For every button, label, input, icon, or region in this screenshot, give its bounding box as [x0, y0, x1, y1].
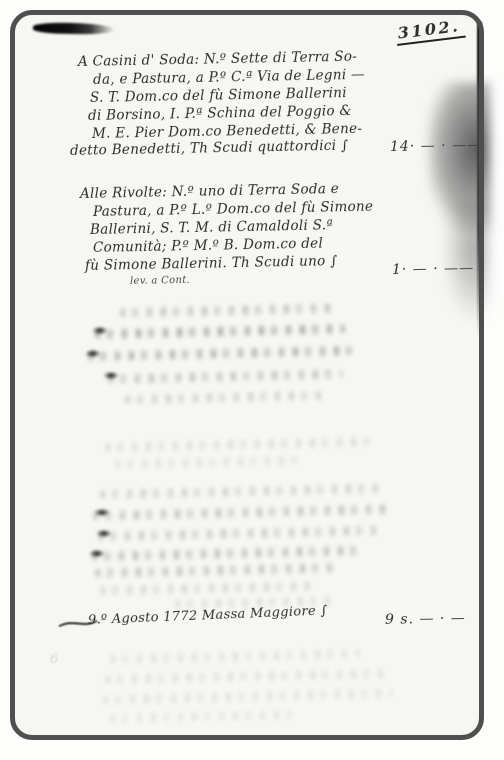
- shadow-blob-right-lower: [444, 200, 488, 320]
- ink-blot: [103, 371, 119, 380]
- ink-blot: [92, 326, 108, 335]
- footer-amount: 9 s. — · —: [385, 610, 466, 628]
- manuscript-scan: 3102. A Casini d' Soda: N.º Sette di Ter…: [0, 0, 504, 760]
- ink-blot: [89, 549, 105, 558]
- ink-blot: [94, 508, 110, 517]
- entry-2-note: lev. a Cont.: [130, 275, 190, 287]
- ink-blot: [85, 349, 101, 358]
- ink-blot: [96, 529, 112, 538]
- margin-mark: 6: [50, 652, 59, 667]
